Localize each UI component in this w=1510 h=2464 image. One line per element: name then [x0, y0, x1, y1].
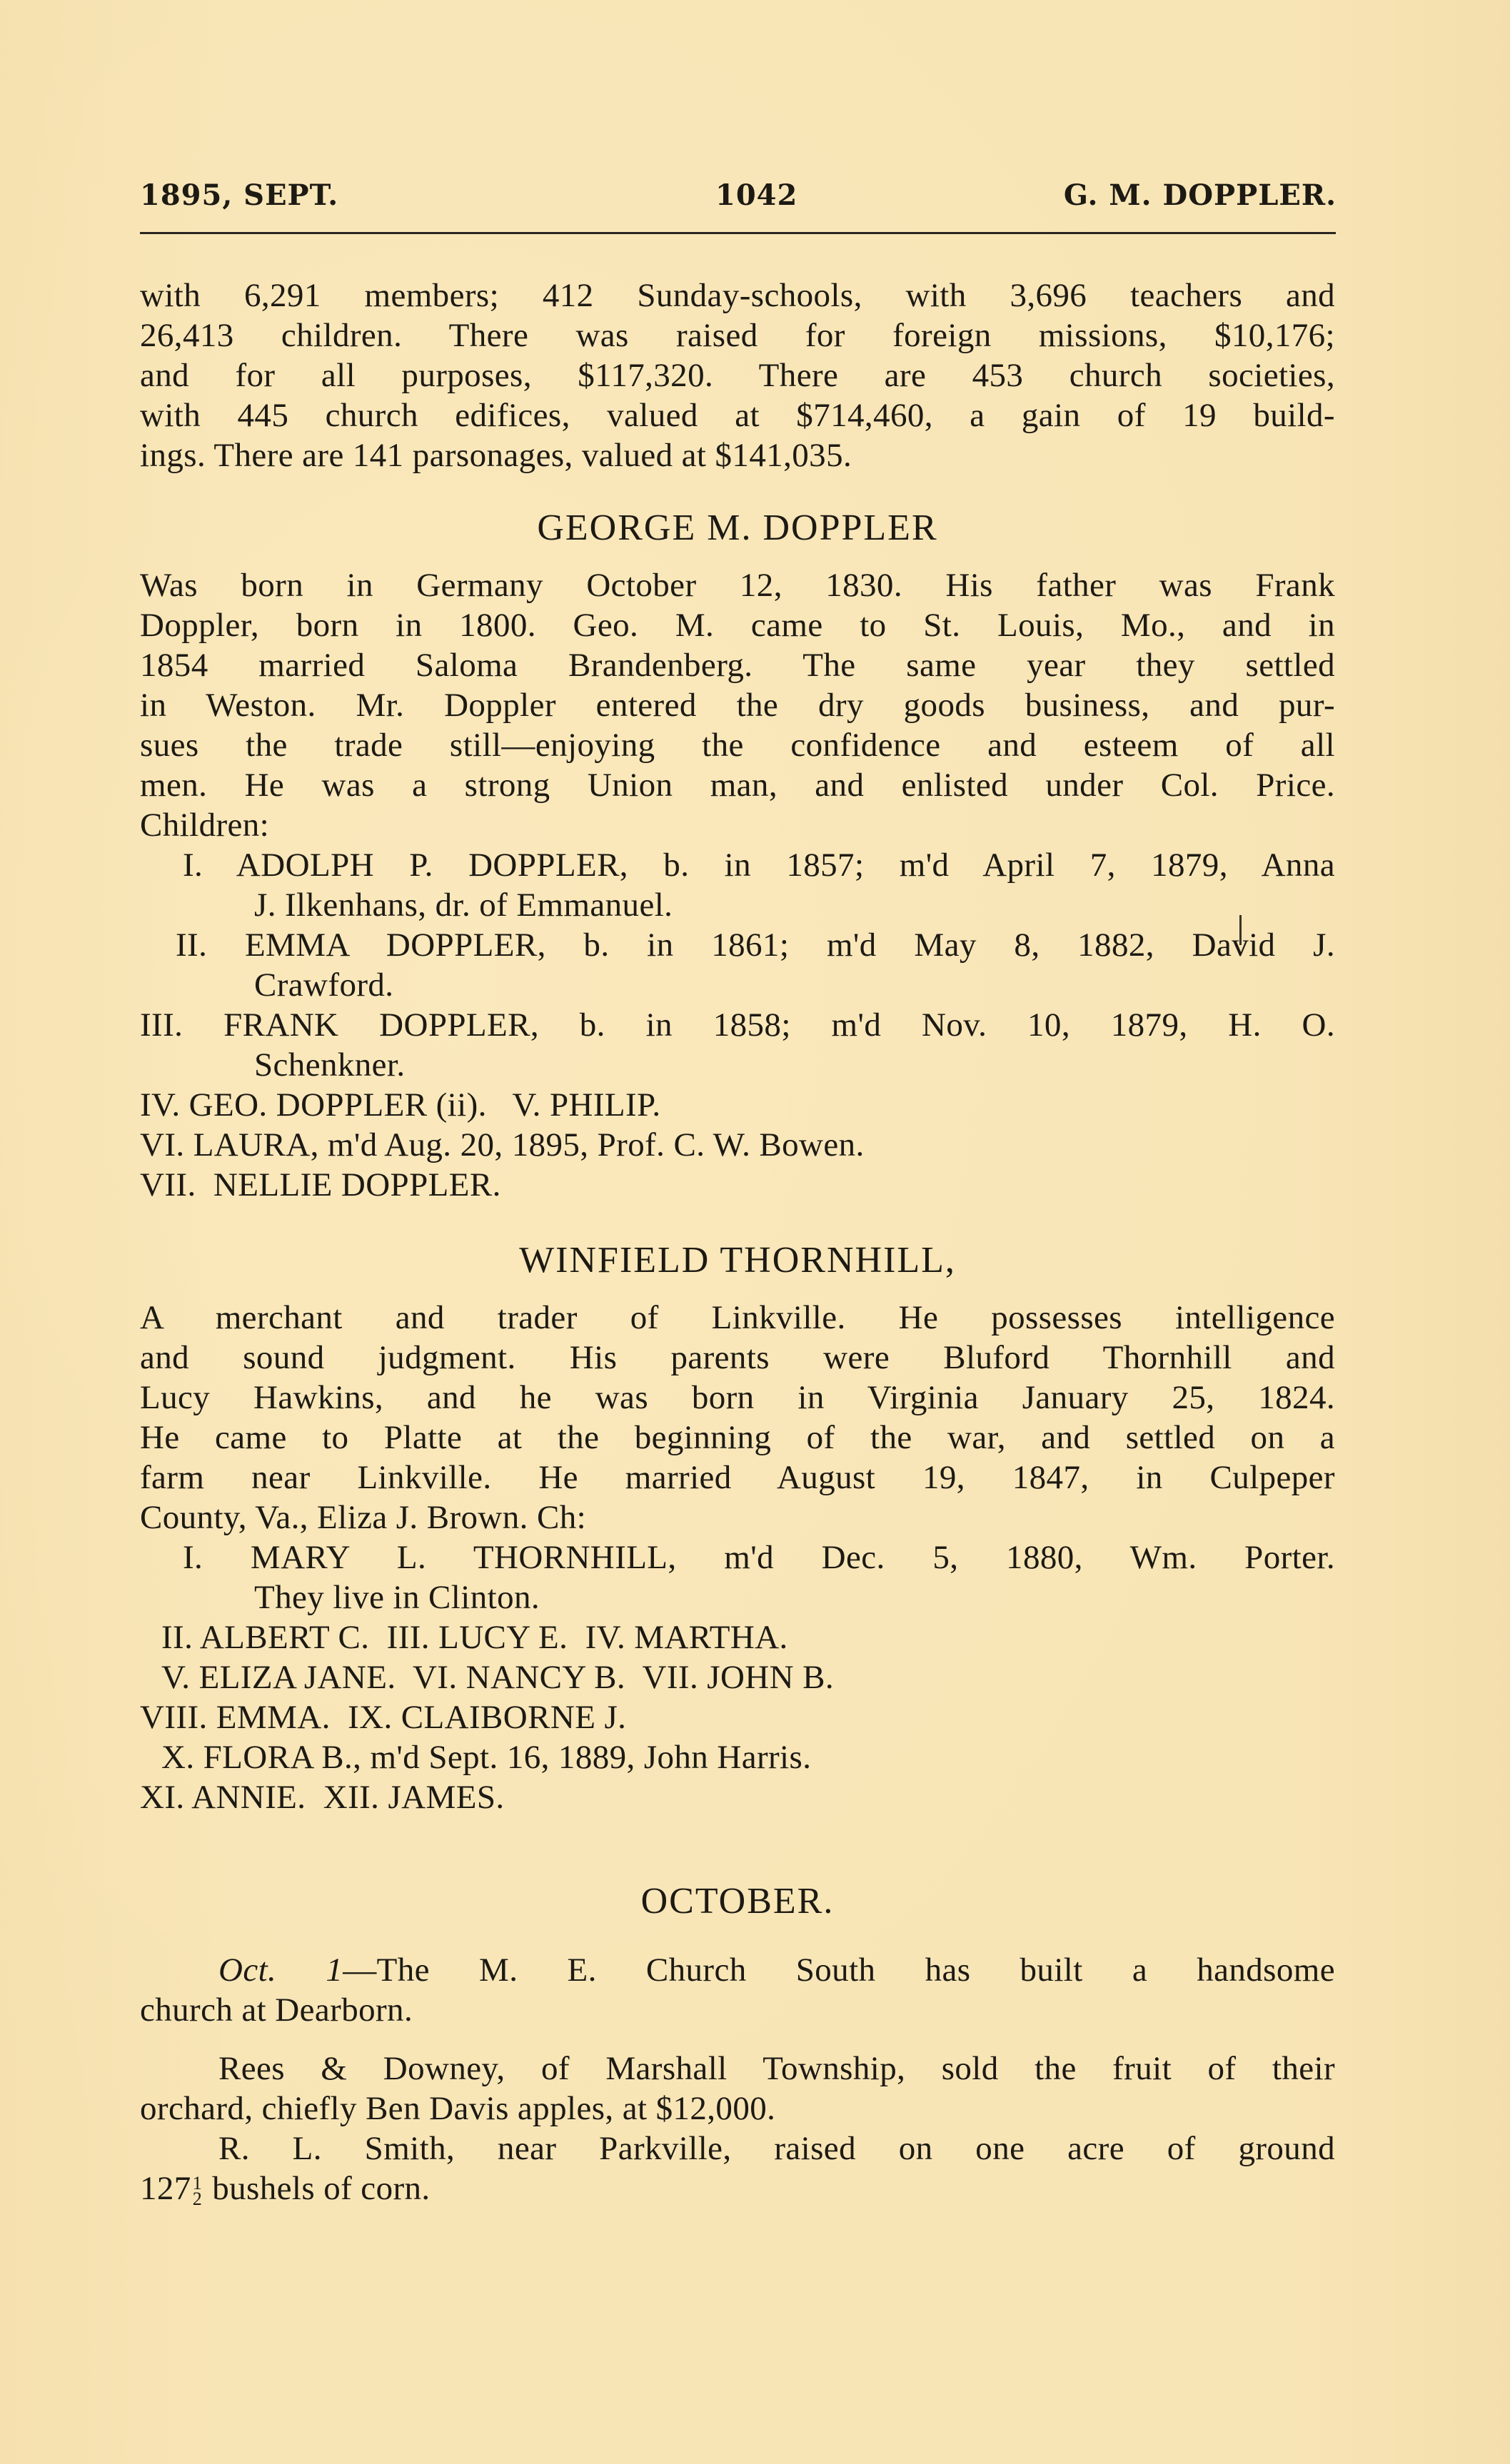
doppler-body-line: men. He was a strong Union man, and enli…: [140, 765, 1335, 805]
fraction-half: 12: [193, 2176, 202, 2207]
book-page: 1895, SEPT. 1042 G. M. DOPPLER. with 6,2…: [0, 0, 1510, 2464]
doppler-child-entry: VI. LAURA, m'd Aug. 20, 1895, Prof. C. W…: [140, 1125, 1335, 1165]
doppler-children-label: Children:: [140, 805, 1335, 845]
thornhill-child-entry: V. ELIZA JANE. VI. NANCY B. VII. JOHN B.: [161, 1657, 1357, 1697]
thornhill-body-line: and sound judgment. His parents were Blu…: [140, 1338, 1335, 1378]
section-heading-doppler: GEORGE M. DOPPLER: [140, 507, 1335, 550]
doppler-child-entry: VII. NELLIE DOPPLER.: [140, 1165, 1335, 1205]
thornhill-body-line: He came to Platte at the beginning of th…: [140, 1418, 1335, 1458]
thornhill-body-line: Lucy Hawkins, and he was born in Virgini…: [140, 1378, 1335, 1418]
doppler-child-entry-cont: Crawford.: [254, 965, 1335, 1005]
october-entry-line: Rees & Downey, of Marshall Township, sol…: [218, 2049, 1335, 2089]
margin-vertical-mark: [1239, 915, 1242, 945]
corn-yield-text: bushels of corn.: [203, 2170, 430, 2207]
thornhill-child-entry: VIII. EMMA. IX. CLAIBORNE J.: [140, 1697, 1335, 1737]
corn-yield-number: 127: [140, 2170, 191, 2207]
doppler-child-entry: III. FRANK DOPPLER, b. in 1858; m'd Nov.…: [140, 1005, 1335, 1045]
running-header-title: G. M. DOPPLER.: [1064, 178, 1337, 212]
doppler-child-entry-cont: Schenkner.: [254, 1045, 1335, 1085]
thornhill-child-entry: X. FLORA B., m'd Sept. 16, 1889, John Ha…: [161, 1737, 1357, 1777]
october-entry-line: church at Dearborn.: [140, 1990, 1335, 2030]
doppler-child-entry: IV. GEO. DOPPLER (ii). V. PHILIP.: [140, 1085, 1335, 1125]
running-header-date: 1895, SEPT.: [140, 178, 338, 212]
fraction-denominator: 2: [193, 2191, 202, 2207]
doppler-body-line: 1854 married Saloma Brandenberg. The sam…: [140, 645, 1335, 685]
thornhill-body-line: A merchant and trader of Linkville. He p…: [140, 1298, 1335, 1338]
thornhill-child-entry: I. MARY L. THORNHILL, m'd Dec. 5, 1880, …: [183, 1538, 1335, 1577]
october-entry-line: 12712 bushels of corn.: [140, 2168, 1335, 2208]
thornhill-body-line: farm near Linkville. He married August 1…: [140, 1458, 1335, 1498]
doppler-body-line: Doppler, born in 1800. Geo. M. came to S…: [140, 605, 1335, 645]
doppler-child-entry-cont: J. Ilkenhans, dr. of Emmanuel.: [254, 885, 1335, 925]
intro-line: and for all purposes, $117,320. There ar…: [140, 355, 1335, 395]
october-entry-line: orchard, chiefly Ben Davis apples, at $1…: [140, 2089, 1335, 2129]
october-entry-line: R. L. Smith, near Parkville, raised on o…: [218, 2129, 1335, 2168]
entry-date-label: Oct. 1: [218, 1951, 343, 1989]
doppler-child-entry: I. ADOLPH P. DOPPLER, b. in 1857; m'd Ap…: [183, 845, 1335, 885]
intro-line: ings. There are 141 parsonages, valued a…: [140, 435, 1335, 475]
doppler-body-line: sues the trade still—enjoying the confid…: [140, 725, 1335, 765]
doppler-body-line: Was born in Germany October 12, 1830. Hi…: [140, 565, 1335, 605]
entry-text: —The M. E. Church South has built a hand…: [343, 1951, 1335, 1989]
intro-line: 26,413 children. There was raised for fo…: [140, 315, 1335, 355]
header-rule: [140, 232, 1336, 234]
intro-line: with 445 church edifices, valued at $714…: [140, 395, 1335, 435]
thornhill-child-entry: XI. ANNIE. XII. JAMES.: [140, 1777, 1335, 1817]
october-entry-line: Oct. 1—The M. E. Church South has built …: [218, 1950, 1335, 1990]
page-number: 1042: [715, 178, 797, 212]
thornhill-child-entry-cont: They live in Clinton.: [254, 1577, 1335, 1617]
section-heading-thornhill: WINFIELD THORNHILL,: [140, 1239, 1335, 1282]
section-heading-october: OCTOBER.: [140, 1880, 1335, 1923]
intro-line: with 6,291 members; 412 Sunday-schools, …: [140, 276, 1335, 315]
doppler-body-line: in Weston. Mr. Doppler entered the dry g…: [140, 685, 1335, 725]
doppler-child-entry: II. EMMA DOPPLER, b. in 1861; m'd May 8,…: [176, 925, 1335, 965]
thornhill-body-line: County, Va., Eliza J. Brown. Ch:: [140, 1498, 1335, 1538]
thornhill-child-entry: II. ALBERT C. III. LUCY E. IV. MARTHA.: [161, 1617, 1357, 1657]
